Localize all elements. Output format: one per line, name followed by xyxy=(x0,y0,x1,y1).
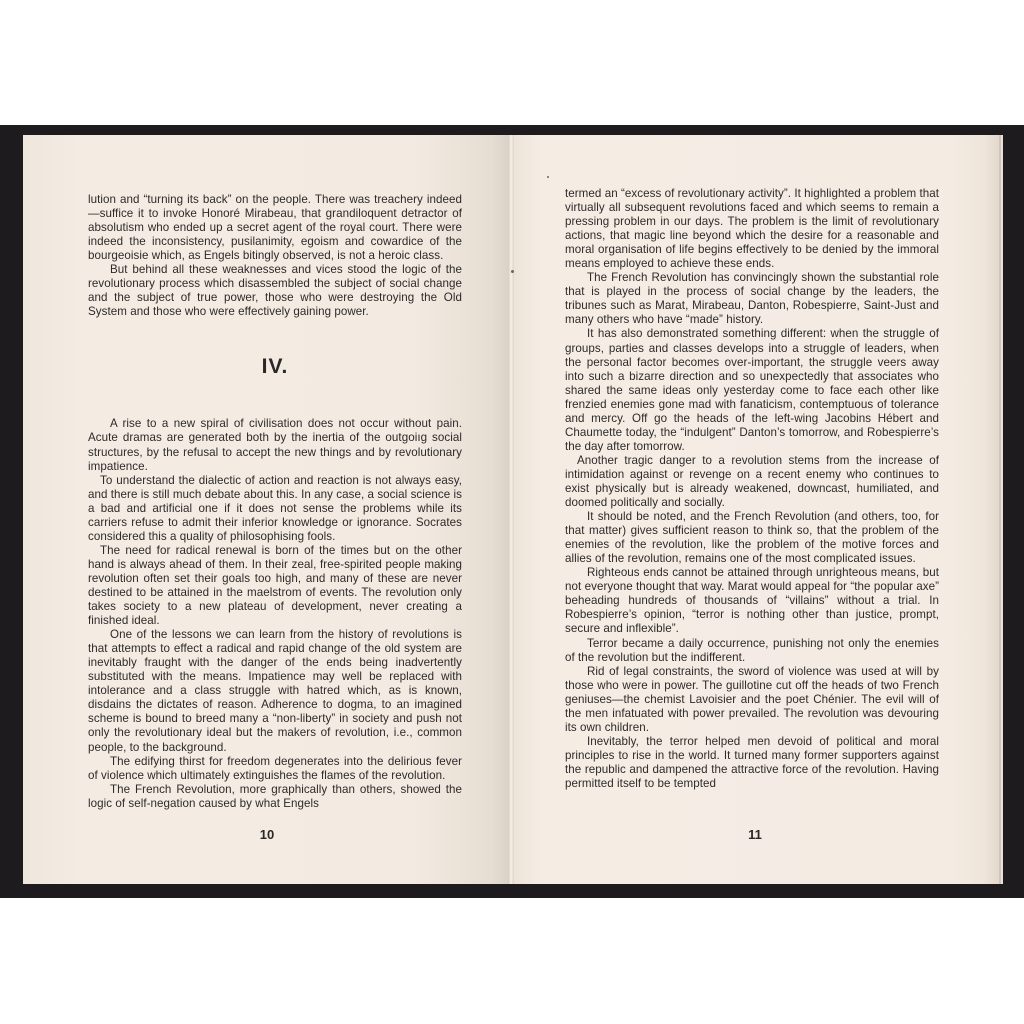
staple-mark xyxy=(511,270,514,273)
paragraph: A rise to a new spiral of civilisation d… xyxy=(88,417,462,473)
right-text-column: termed an “excess of revolutionary activ… xyxy=(565,187,939,791)
paragraph: Rid of legal constraints, the sword of v… xyxy=(565,665,939,735)
paragraph: Terror became a daily occurrence, punish… xyxy=(565,637,939,665)
paragraph: The edifying thirst for freedom degenera… xyxy=(88,755,462,783)
paper-speck xyxy=(547,176,549,178)
paragraph: One of the lessons we can learn from the… xyxy=(88,628,462,754)
paragraph: Righteous ends cannot be attained throug… xyxy=(565,566,939,636)
section-heading: IV. xyxy=(88,355,462,379)
page-number: 11 xyxy=(511,827,999,842)
paragraph: lution and “turning its back” on the peo… xyxy=(88,193,462,263)
left-page: lution and “turning its back” on the peo… xyxy=(23,135,511,884)
paragraph: Inevitably, the terror helped men devoid… xyxy=(565,735,939,791)
paragraph: The French Revolution, more graphically … xyxy=(88,783,462,811)
paragraph: termed an “excess of revolutionary activ… xyxy=(565,187,939,271)
right-page: termed an “excess of revolutionary activ… xyxy=(511,135,999,884)
paragraph: The French Revolution has convincingly s… xyxy=(565,271,939,327)
paragraph: It has also demonstrated something diffe… xyxy=(565,327,939,453)
paragraph: But behind all these weaknesses and vice… xyxy=(88,263,462,319)
page-number: 10 xyxy=(23,827,511,842)
paragraph: Another tragic danger to a revolution st… xyxy=(565,454,939,510)
book-gutter xyxy=(508,135,514,884)
paragraph: It should be noted, and the French Revol… xyxy=(565,510,939,566)
paragraph: The need for radical renewal is born of … xyxy=(88,544,462,628)
left-text-column: lution and “turning its back” on the peo… xyxy=(88,193,462,811)
paragraph: To understand the dialectic of action an… xyxy=(88,474,462,544)
